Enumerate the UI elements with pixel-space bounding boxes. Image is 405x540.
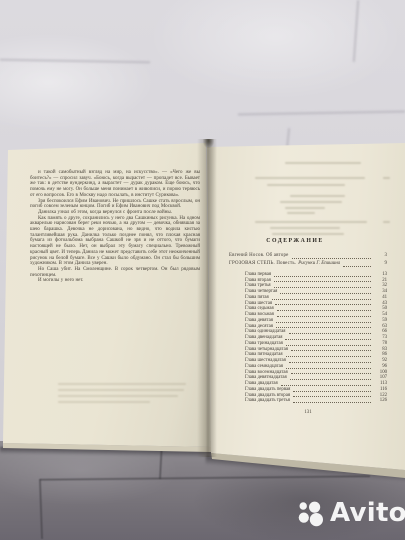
ghost-text-line: [272, 233, 344, 235]
paragraph: и такой самобытный взгляд на мир, на иск…: [30, 170, 200, 199]
ghost-text-line: [267, 184, 345, 186]
avito-circles-logo-icon: [297, 500, 324, 527]
paragraph: Зря беспокоился Ефим Иванович. Не пришло…: [30, 199, 200, 210]
dot-leader: [281, 385, 371, 386]
ghost-text-line: [280, 201, 342, 203]
dot-leader: [293, 391, 371, 392]
contents-entry-row: Евгений Носов. Об авторе 3: [229, 252, 387, 260]
chapter-title: Глава двадцать третья: [245, 398, 290, 404]
dot-leader: [286, 356, 371, 357]
chapter-row: Глава двадцать третья 126: [245, 398, 387, 404]
ghost-text-line: [285, 162, 361, 164]
ghost-text-line: [270, 227, 340, 229]
paragraph: И могилы у него нет.: [30, 278, 200, 284]
ghost-text-line: [255, 221, 367, 223]
book-right-page: СОДЕРЖАНИЕ Евгений Носов. Об авторе 3 ГР…: [205, 140, 405, 472]
dot-leader: [272, 299, 371, 300]
dot-leader: [289, 362, 371, 363]
dot-leader: [293, 396, 371, 397]
table-of-contents: СОДЕРЖАНИЕ Евгений Носов. Об авторе 3 ГР…: [229, 239, 387, 416]
entry-title: Евгений Носов. Об авторе: [229, 252, 289, 260]
dot-leader: [275, 304, 371, 305]
left-page-text: и такой самобытный взгляд на мир, на иск…: [30, 170, 200, 284]
ghost-text-line: [383, 221, 390, 223]
dot-leader: [276, 327, 371, 328]
book-left-page: и такой самобытный взгляд на мир, на иск…: [0, 140, 215, 455]
dot-leader: [277, 310, 371, 311]
contents-chapters: Глава первая 13 Глава вторая 21 Глава тр…: [229, 272, 387, 404]
dot-leader: [280, 293, 371, 294]
avito-watermark: Avito: [297, 498, 405, 528]
ghost-text-line: [383, 177, 390, 179]
chapter-page-number: 126: [374, 398, 387, 404]
book-listing-photo: и такой самобытный взгляд на мир, на иск…: [0, 0, 405, 540]
entry-title: ГРОЗОВАЯ СТЕПЬ. Повесть.: [229, 260, 296, 268]
dot-leader: [274, 281, 371, 282]
dot-leader: [293, 402, 371, 403]
paragraph: Но Саша убит. На Смоленщине. В сорок чет…: [30, 267, 200, 278]
dot-leader: [285, 339, 371, 340]
ghost-text-line: [58, 389, 184, 391]
dot-leader: [274, 276, 371, 277]
brick-mortar-line: [353, 0, 359, 62]
ghost-text-line: [58, 401, 150, 403]
ghost-text-line: [255, 177, 365, 179]
dot-leader: [276, 322, 371, 323]
ghost-text-line: [58, 395, 178, 397]
dot-leader: [291, 350, 371, 351]
brick-mortar-line: [238, 111, 405, 116]
dot-leader: [286, 368, 371, 369]
dot-leader: [286, 345, 371, 346]
ghost-text-line: [290, 195, 345, 197]
entry-subtitle: Рисунки Г. Епишина: [298, 260, 340, 268]
avito-brand-text: Avito: [330, 498, 405, 528]
dot-leader: [290, 379, 371, 380]
book-spine-notch: [203, 139, 214, 148]
dot-leader: [343, 266, 371, 267]
dot-leader: [289, 333, 372, 334]
dot-leader: [292, 258, 372, 259]
ghost-text-line: [287, 212, 315, 214]
dot-leader: [291, 373, 371, 374]
dot-leader: [274, 287, 371, 288]
paragraph: Как память о друге, сохранились у него д…: [30, 216, 200, 267]
contents-entry-row: ГРОЗОВАЯ СТЕПЬ. Повесть. Рисунки Г. Епиш…: [229, 260, 387, 268]
page-folio-number: 131: [229, 410, 387, 416]
ghost-text-line: [58, 383, 186, 385]
brick-mortar-line: [0, 59, 150, 64]
ghost-text-line: [285, 207, 325, 209]
brick-mortar-line: [40, 475, 370, 480]
entry-page-number: 3: [374, 252, 387, 260]
entry-page-number: 9: [374, 260, 387, 268]
contents-entries: Евгений Носов. Об авторе 3 ГРОЗОВАЯ СТЕП…: [229, 252, 387, 268]
dot-leader: [277, 316, 371, 317]
contents-heading: СОДЕРЖАНИЕ: [229, 239, 387, 245]
brick-mortar-line: [39, 479, 43, 539]
